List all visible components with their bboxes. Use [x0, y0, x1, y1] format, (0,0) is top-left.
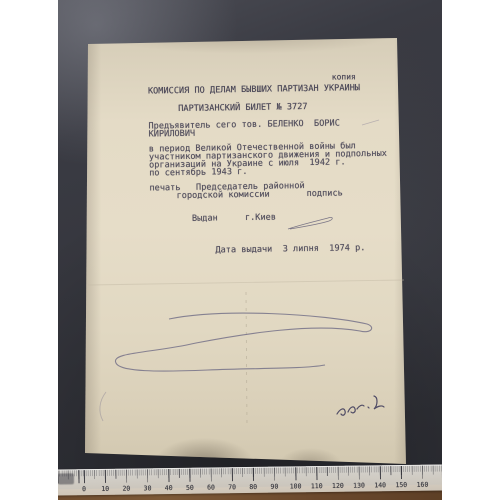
ruler-number: 0 — [82, 485, 86, 493]
issued-city: г.Киев — [245, 214, 276, 223]
ruler-number: 150 — [395, 481, 407, 489]
ruler-number: 20 — [122, 485, 130, 493]
ruler-number: 80 — [249, 483, 257, 491]
ruler-number: 160 — [417, 481, 429, 489]
body-line: по сентябрь 1943 г. — [149, 168, 247, 179]
ruler-number: 50 — [186, 484, 194, 492]
ruler-number: 40 — [165, 484, 173, 492]
document-paper: копия КОМИССИЯ ПО ДЕЛАМ БЫВШИХ ПАРТИЗАН … — [85, 36, 407, 466]
ruler-number: 70 — [228, 483, 236, 491]
date-line: Дата выдачи 3 липня 1974 р. — [215, 244, 365, 255]
ruler-number: 30 — [144, 484, 152, 492]
ruler: 0102030405060708090100110120130140150160 — [58, 464, 442, 495]
chairman-line: городской комиссии — [177, 191, 270, 201]
document-title: КОМИССИЯ ПО ДЕЛАМ БЫВШИХ ПАРТИЗАН УКРАИН… — [148, 84, 360, 96]
typewritten-text-block: копия КОМИССИЯ ПО ДЕЛАМ БЫВШИХ ПАРТИЗАН … — [84, 33, 413, 468]
ruler-number: 100 — [290, 482, 302, 490]
photo-listing: копия КОМИССИЯ ПО ДЕЛАМ БЫВШИХ ПАРТИЗАН … — [0, 0, 500, 500]
document-subtitle: ПАРТИЗАНСКИЙ БИЛЕТ № 3727 — [178, 103, 307, 114]
ruler-number: 140 — [374, 481, 386, 489]
copy-stamp: копия — [332, 72, 356, 81]
holder-line: КИРИЛОВИЧ — [149, 130, 196, 140]
ruler-number: 130 — [353, 481, 365, 489]
signature-label: подпись — [306, 189, 342, 199]
ruler-number: 10 — [101, 485, 109, 493]
ruler-number: 60 — [207, 483, 215, 491]
issued-label: Выдан — [192, 214, 218, 223]
ruler-number: 120 — [332, 482, 344, 490]
photo-background: копия КОМИССИЯ ПО ДЕЛАМ БЫВШИХ ПАРТИЗАН … — [58, 0, 442, 500]
ruler-number: 90 — [270, 483, 278, 491]
ruler-number: 110 — [311, 482, 323, 490]
